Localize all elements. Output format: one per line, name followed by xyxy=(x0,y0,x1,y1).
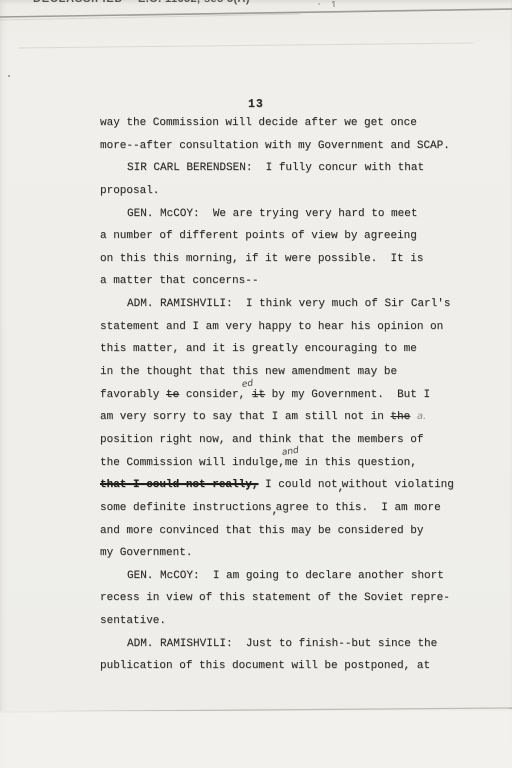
page-number: 13 xyxy=(248,98,264,111)
document-line: in the thought that this new amendment m… xyxy=(100,361,470,384)
declassification-stamp: DECLASSIFIED E.O. 11652, sec 5(A) xyxy=(0,0,512,8)
text-segment: some definite instructions xyxy=(100,502,272,514)
document-line: on this this morning, if it were possibl… xyxy=(100,248,470,271)
document-line: the Commission will indulge,andme in thi… xyxy=(100,452,470,475)
text-segment: and more convinced that this may be cons… xyxy=(100,525,423,537)
text-segment: am very sorry to say that I am still not… xyxy=(100,411,390,423)
document-line: sentative. xyxy=(100,610,470,633)
text-segment: way the Commission will decide after we … xyxy=(100,117,417,129)
handwritten-annotation: a. xyxy=(417,411,426,422)
text-segment: position right now, and think that the m… xyxy=(100,434,423,446)
text-segment: ADM. RAMISHVILI: I think very much of Si… xyxy=(127,298,450,310)
document-line: recess in view of this statement of the … xyxy=(100,587,470,610)
document-body: way the Commission will decide after we … xyxy=(100,112,470,678)
document-line: this matter, and it is greatly encouragi… xyxy=(100,338,470,361)
text-segment: publication of this document will be pos… xyxy=(100,660,430,672)
text-segment: my Government. xyxy=(100,547,192,559)
scanned-document-page: DECLASSIFIED E.O. 11652, sec 5(A) 1 13 w… xyxy=(0,0,512,768)
document-line: some definite instructions,agree to this… xyxy=(100,497,470,520)
text-segment: statement and I am very happy to hear hi… xyxy=(100,321,443,333)
document-line: GEN. McCOY: I am going to declare anothe… xyxy=(100,565,470,588)
document-line: my Government. xyxy=(100,542,470,565)
text-segment: without violating xyxy=(342,479,454,491)
handwritten-annotation: , xyxy=(272,500,276,523)
area-below-paper-edge xyxy=(0,711,512,768)
text-segment: me in this question, xyxy=(285,457,417,469)
text-segment: agree to this. I am more xyxy=(276,502,441,514)
text-segment: a matter that concerns-- xyxy=(100,275,258,287)
text-segment: GEN. McCOY: I am going to declare anothe… xyxy=(127,570,444,582)
struck-text-segment: the xyxy=(390,411,410,423)
executive-order-stamp-text: E.O. 11652, sec 5(A) xyxy=(138,0,250,5)
top-scan-shadow-line xyxy=(0,14,300,20)
text-segment: on this this morning, if it were possibl… xyxy=(100,253,423,265)
text-segment xyxy=(245,389,252,401)
document-line: and more convinced that this may be cons… xyxy=(100,520,470,543)
text-segment: ADM. RAMISHVILI: Just to finish--but sin… xyxy=(127,638,437,650)
text-segment: consider, xyxy=(179,389,245,401)
document-line: proposal. xyxy=(100,180,470,203)
document-line: favorably te consider,ed it by my Govern… xyxy=(100,384,470,407)
document-line: SIR CARL BERENDSEN: I fully concur with … xyxy=(100,157,470,180)
document-line: ADM. RAMISHVILI: I think very much of Si… xyxy=(100,293,470,316)
document-line: statement and I am very happy to hear hi… xyxy=(100,316,470,339)
text-segment: recess in view of this statement of the … xyxy=(100,592,450,604)
upper-faint-crease-line xyxy=(18,43,473,48)
document-line: ADM. RAMISHVILI: Just to finish--but sin… xyxy=(100,633,470,656)
text-segment: proposal. xyxy=(100,185,159,197)
text-segment: GEN. McCOY: We are trying very hard to m… xyxy=(127,208,417,220)
document-line: GEN. McCOY: We are trying very hard to m… xyxy=(100,203,470,226)
text-segment: favorably xyxy=(100,389,166,401)
text-segment: more--after consultation with my Governm… xyxy=(100,140,450,152)
top-edge-mark: 1 xyxy=(331,0,337,7)
document-line: a matter that concerns-- xyxy=(100,270,470,293)
document-line: that I could not really, I could not,wit… xyxy=(100,474,470,497)
paper-speck xyxy=(318,3,320,5)
text-segment: this matter, and it is greatly encouragi… xyxy=(100,343,417,355)
document-line: publication of this document will be pos… xyxy=(100,655,470,678)
struck-text-segment: it xyxy=(252,389,265,401)
document-line: way the Commission will decide after we … xyxy=(100,112,470,135)
document-line: am very sorry to say that I am still not… xyxy=(100,406,470,429)
text-segment: by my Government. But I xyxy=(265,389,430,401)
document-line: more--after consultation with my Governm… xyxy=(100,135,470,158)
text-segment: I could not xyxy=(258,479,337,491)
struck-text-segment: te xyxy=(166,389,179,401)
text-segment: the Commission will indulge, xyxy=(100,457,285,469)
document-line: a number of different points of view by … xyxy=(100,225,470,248)
text-segment: a number of different points of view by … xyxy=(100,230,417,242)
text-segment: SIR CARL BERENDSEN: I fully concur with … xyxy=(127,162,424,174)
text-segment: sentative. xyxy=(100,615,166,627)
declassified-stamp-text: DECLASSIFIED xyxy=(33,0,123,5)
text-segment xyxy=(410,411,417,423)
top-scan-edge-line xyxy=(0,9,512,17)
text-segment: in the thought that this new amendment m… xyxy=(100,366,397,378)
handwritten-annotation: , xyxy=(338,477,342,500)
struck-text-segment: that I could not really, xyxy=(100,479,258,491)
paper-speck xyxy=(8,75,10,77)
